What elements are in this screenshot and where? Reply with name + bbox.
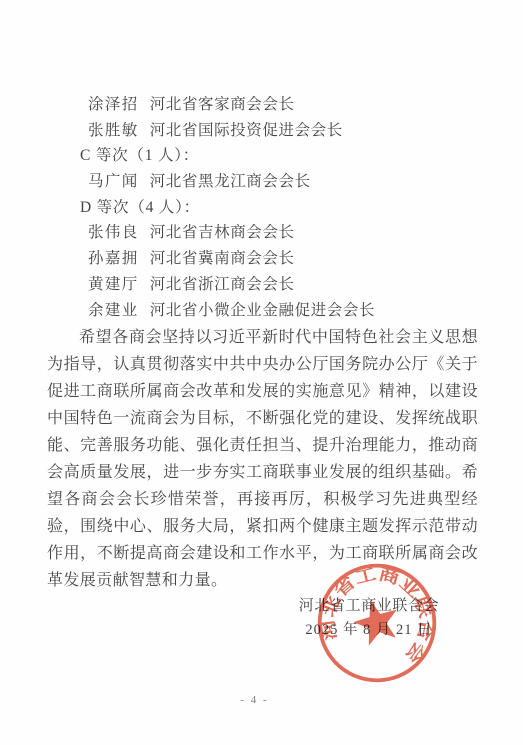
person-title: 河北省小微企业金融促进会会长 xyxy=(150,302,375,319)
award-roster: 涂泽招河北省客家商会会长 张胜敏河北省国际投资促进会会长 C 等次（1 人）： … xyxy=(80,92,375,323)
roster-row: 张胜敏河北省国际投资促进会会长 xyxy=(80,118,375,144)
person-title: 河北省客家商会会长 xyxy=(150,96,295,113)
roster-row: 余建业河北省小微企业金融促进会会长 xyxy=(80,298,375,324)
grade-c-header: C 等次（1 人）： xyxy=(80,143,375,169)
person-name: 马广闻 xyxy=(88,173,139,190)
closing-paragraph: 希望各商会坚持以习近平新时代中国特色社会主义思想为指导，认真贯彻落实中共中央办公… xyxy=(47,324,478,594)
signature-block: 河北省工商业联合会 2025 年 8 月 21 日 xyxy=(283,595,455,644)
roster-row: 涂泽招河北省客家商会会长 xyxy=(80,92,375,118)
roster-row: 黄建厅河北省浙江商会会长 xyxy=(80,272,375,298)
person-title: 河北省浙江商会会长 xyxy=(150,276,295,293)
roster-row: 孙嘉拥河北省冀南商会会长 xyxy=(80,246,375,272)
person-name: 涂泽招 xyxy=(88,96,139,113)
person-title: 河北省黑龙江商会会长 xyxy=(150,173,311,190)
issue-date: 2025 年 8 月 21 日 xyxy=(283,617,455,644)
page-number: - 4 - xyxy=(0,694,509,706)
person-name: 张伟良 xyxy=(88,224,139,241)
roster-row: 张伟良河北省吉林商会会长 xyxy=(80,220,375,246)
person-title: 河北省冀南商会会长 xyxy=(150,250,295,267)
issuing-organization: 河北省工商业联合会 xyxy=(283,595,455,617)
person-name: 张胜敏 xyxy=(88,122,139,139)
roster-row: 马广闻河北省黑龙江商会会长 xyxy=(80,169,375,195)
person-title: 河北省吉林商会会长 xyxy=(150,224,295,241)
scanned-document-page: 涂泽招河北省客家商会会长 张胜敏河北省国际投资促进会会长 C 等次（1 人）： … xyxy=(0,0,523,745)
person-name: 黄建厅 xyxy=(88,276,139,293)
grade-d-header: D 等次（4 人）： xyxy=(80,195,375,221)
person-title: 河北省国际投资促进会会长 xyxy=(150,122,343,139)
person-name: 余建业 xyxy=(88,302,139,319)
person-name: 孙嘉拥 xyxy=(88,250,139,267)
